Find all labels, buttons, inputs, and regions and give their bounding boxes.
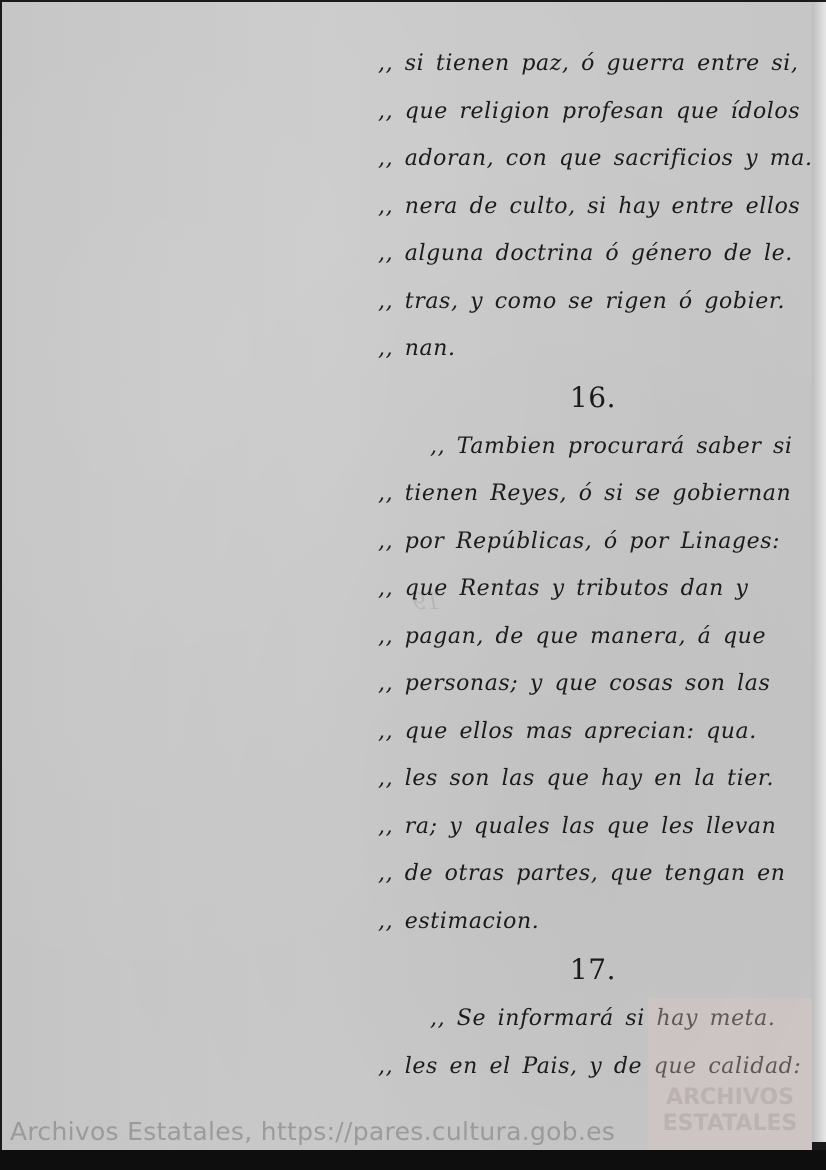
archive-logo-text: ARCHIVOS ESTATALES — [655, 1085, 805, 1137]
archive-watermark: Archivos Estatales, https://pares.cultur… — [10, 1117, 615, 1146]
section-number-17: 17. — [378, 945, 778, 995]
text-line: ,, si tienen paz, ó guerra entre si, — [378, 40, 778, 88]
text-line: ,, estimacion. — [378, 898, 778, 946]
text-line: ,, de otras partes, que tengan en — [378, 850, 778, 898]
text-line: ,, nan. — [378, 325, 778, 373]
text-line: ,, nera de culto, si hay entre ellos — [378, 183, 778, 231]
text-line: ,, alguna doctrina ó género de le. — [378, 230, 778, 278]
page-edge — [812, 2, 826, 1142]
text-line: ,, por Repúblicas, ó por Linages: — [378, 518, 778, 566]
manuscript-text: ,, si tienen paz, ó guerra entre si, ,, … — [378, 40, 778, 1090]
section-number-16: 16. — [378, 373, 778, 423]
text-line: ,, Tambien procurará saber si — [378, 423, 778, 471]
text-line: ,, tienen Reyes, ó si se gobiernan — [378, 470, 778, 518]
text-line: ,, que Rentas y tributos dan y — [378, 565, 778, 613]
text-line: ,, tras, y como se rigen ó gobier. — [378, 278, 778, 326]
scan-border — [0, 1150, 826, 1170]
text-line: ,, personas; y que cosas son las — [378, 660, 778, 708]
text-line: ,, ra; y quales las que les llevan — [378, 803, 778, 851]
text-line: ,, les son las que hay en la tier. — [378, 755, 778, 803]
text-line: ,, que ellos mas aprecian: qua. — [378, 708, 778, 756]
text-line: ,, que religion profesan que ídolos — [378, 88, 778, 136]
text-line: ,, pagan, de que manera, á que — [378, 613, 778, 661]
text-line: ,, adoran, con que sacrificios y ma. — [378, 135, 778, 183]
